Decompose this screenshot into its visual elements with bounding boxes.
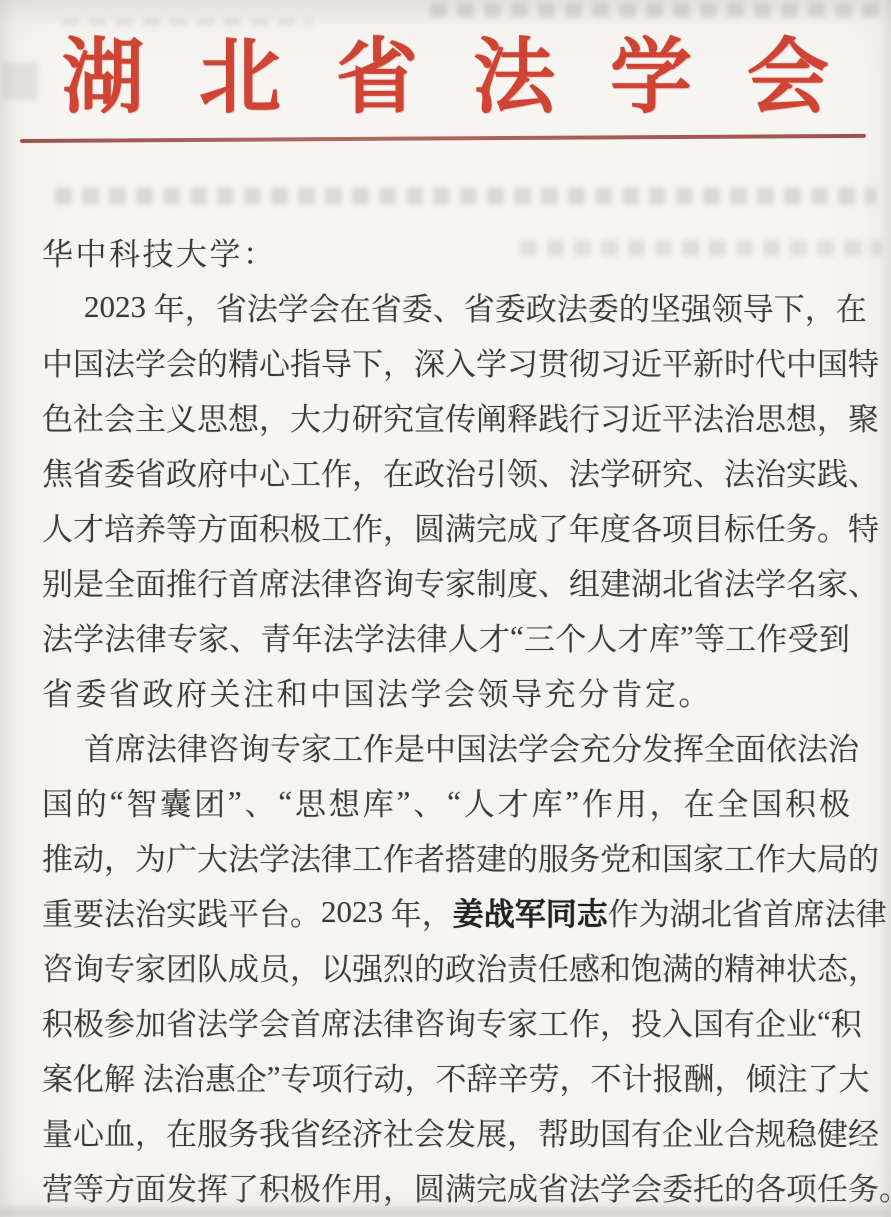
text-char: 湖 [631, 559, 662, 604]
text-char: 在 [383, 449, 414, 494]
text-char: 省 [464, 284, 495, 329]
text-char: 平 [228, 889, 259, 934]
text-char: 极 [290, 504, 321, 549]
body-line: 色社会主义思想，大力研究宣传阐释践行习近平法治思想，聚 [42, 389, 850, 444]
text-char: 家 [445, 559, 476, 604]
text-char: 团 [194, 779, 225, 824]
text-char: 强 [681, 284, 712, 329]
text-char: 全 [717, 779, 748, 824]
text-char: 北 [701, 889, 732, 934]
text-char [146, 289, 154, 325]
text-char: 精 [228, 339, 259, 384]
text-char: 作 [569, 999, 600, 1044]
text-char: 库 [531, 779, 562, 824]
text-char: 导 [743, 284, 774, 329]
text-char: 计 [622, 1054, 653, 1099]
text-char: 法 [146, 724, 177, 769]
text-char: 重 [42, 889, 73, 934]
text-char: 国 [73, 339, 104, 384]
text-char: 大 [197, 834, 228, 879]
text-char: 社 [383, 1109, 414, 1154]
text-char: 会 [104, 394, 135, 439]
text-char [135, 1059, 143, 1095]
text-char: 法 [385, 614, 416, 659]
text-char: 饱 [631, 944, 662, 989]
text-char: 合 [724, 1109, 755, 1154]
text-char: ， [848, 944, 879, 989]
text-char: 入 [445, 339, 476, 384]
text-char: 特 [848, 339, 879, 384]
text-char: 服 [197, 1109, 228, 1154]
text-char: 、 [538, 449, 569, 494]
text-char: 充 [580, 724, 611, 769]
title-character: 省 [336, 30, 418, 126]
text-char: 治 [476, 944, 507, 989]
text-char: 省 [693, 559, 724, 604]
text-char: 的 [507, 834, 538, 879]
text-char: 人 [586, 614, 617, 659]
text-char: 法 [247, 284, 278, 329]
text-char: 工 [332, 724, 363, 769]
text-char: 等 [694, 614, 725, 659]
text-char: 是 [73, 559, 104, 604]
text-char: 法 [797, 724, 828, 769]
text-char: 量 [42, 1109, 73, 1154]
text-char: 个 [555, 614, 586, 659]
text-char: 项 [312, 1054, 343, 1099]
text-char: 3 [368, 894, 384, 930]
text-char: 感 [569, 944, 600, 989]
text-char: 法 [352, 999, 383, 1044]
text-char: 养 [135, 504, 166, 549]
text-char: 目 [693, 504, 724, 549]
text-char: 思 [197, 394, 228, 439]
text-char: 案 [42, 1054, 73, 1099]
text-char: 治 [828, 724, 859, 769]
text-char: 色 [42, 394, 73, 439]
text-char: 时 [724, 339, 755, 384]
text-char: 律 [321, 834, 352, 879]
text-char: 家 [817, 559, 848, 604]
text-char: 等 [166, 504, 197, 549]
text-char: 北 [662, 559, 693, 604]
text-char: 学 [755, 559, 786, 604]
text-char: 劳 [529, 1054, 560, 1099]
text-char: 血 [104, 1109, 135, 1154]
text-char: 法 [42, 614, 73, 659]
text-char: 工 [321, 504, 352, 549]
highlighted-name-char: 志 [577, 889, 608, 934]
body-line: 首席法律咨询专家工作是中国法学会充分发挥全面依法治 [42, 719, 850, 774]
text-char: 咨 [208, 724, 239, 769]
text-char: 投 [631, 999, 662, 1044]
text-char: 法 [569, 449, 600, 494]
text-char: 的 [693, 944, 724, 989]
text-char: 成 [228, 944, 259, 989]
text-char: 治 [445, 449, 476, 494]
text-char: 动 [374, 1054, 405, 1099]
text-char: 囊 [160, 779, 191, 824]
text-char: 不 [436, 1054, 467, 1099]
text-char: 方 [104, 1164, 135, 1209]
text-char: 律 [416, 614, 447, 659]
text-char: 别 [42, 559, 73, 604]
text-char: 积 [831, 999, 862, 1044]
text-char: 下 [774, 284, 805, 329]
text-char: 作 [363, 724, 394, 769]
text-char: 局 [817, 834, 848, 879]
text-char: 、 [433, 284, 464, 329]
text-char: 委 [495, 284, 526, 329]
text-char: 中 [228, 449, 259, 494]
text-char: 省 [290, 1109, 321, 1154]
text-char: 。 [817, 504, 848, 549]
text-char: 极 [819, 779, 850, 824]
body-line: 2023 年，省法学会在省委、省委政法委的坚强领导下，在 [42, 279, 850, 334]
text-char: 2 [321, 894, 337, 930]
text-char: ， [650, 779, 681, 824]
text-char: 度 [507, 559, 538, 604]
text-char: 平 [662, 394, 693, 439]
letter-salutation: 华中科技大学： [42, 224, 850, 279]
text-char: 行 [569, 394, 600, 439]
text-char: 政 [445, 944, 476, 989]
text-char: 等 [73, 1164, 104, 1209]
text-char: 年 [154, 284, 185, 329]
text-char: 询 [445, 999, 476, 1044]
body-line: 案化解 法治惠企”专项行动，不辞辛劳，不计报酬，倾注了大 [42, 1049, 850, 1104]
text-char: 专 [476, 999, 507, 1044]
text-char: 学 [228, 999, 259, 1044]
text-char: 导 [321, 339, 352, 384]
text-char: 法 [724, 449, 755, 494]
letter-body: 华中科技大学： 2023 年，省法学会在省委、省委政法委的坚强领导下，在中国法学… [42, 224, 850, 1214]
text-char: 学 [278, 284, 309, 329]
text-char: 学 [259, 834, 290, 879]
text-char: 行 [343, 1054, 374, 1099]
text-char: 释 [507, 394, 538, 439]
text-char: 全 [104, 559, 135, 604]
text-char: 、 [413, 779, 444, 824]
text-char: 省 [135, 449, 166, 494]
text-char: 焦 [42, 449, 73, 494]
text-char: 下 [352, 339, 383, 384]
text-char: 搭 [445, 834, 476, 879]
text-char: ， [405, 1054, 436, 1099]
text-char: 国 [600, 1109, 631, 1154]
text-char: 企 [662, 1109, 693, 1154]
text-char: 委 [402, 284, 433, 329]
text-char: 想 [786, 394, 817, 439]
text-char: 3 [131, 289, 147, 325]
text-char: ” [397, 784, 411, 820]
text-char: 和 [600, 944, 631, 989]
text-char: 家 [301, 724, 332, 769]
text-char: 年 [569, 504, 600, 549]
text-char: 帮 [538, 1109, 569, 1154]
text-char: 台 [259, 889, 290, 934]
text-char: 领 [712, 284, 743, 329]
text-char: 府 [197, 449, 228, 494]
text-char: 在 [684, 779, 715, 824]
text-char: 中 [425, 724, 456, 769]
text-char: 法 [197, 999, 228, 1044]
text-char: 健 [817, 1109, 848, 1154]
text-char: 会 [309, 284, 340, 329]
text-char: 力 [321, 394, 352, 439]
text-char: 中 [42, 339, 73, 384]
text-char: 要 [73, 889, 104, 934]
text-char: 的 [619, 284, 650, 329]
letter-paragraphs: 2023 年，省法学会在省委、省委政法委的坚强领导下，在中国法学会的精心指导下，… [42, 279, 850, 1214]
text-char: 了 [538, 504, 569, 549]
body-line: 重要法治实践平台。2023 年，姜战军同志作为湖北省首席法律 [42, 884, 850, 939]
text-char: 服 [538, 834, 569, 879]
text-char: 成 [507, 1164, 538, 1209]
text-char: 会 [631, 1164, 662, 1209]
text-char: 治 [135, 889, 166, 934]
text-char: 完 [476, 1164, 507, 1209]
text-char: 行 [197, 559, 228, 604]
text-char: 践 [817, 449, 848, 494]
text-char: 学 [476, 339, 507, 384]
text-char: 发 [445, 1109, 476, 1154]
text-char: 省 [371, 284, 402, 329]
text-char: 受 [788, 614, 819, 659]
text-char: 思 [295, 779, 326, 824]
text-char: 心 [73, 1109, 104, 1154]
text-char: 才 [498, 779, 529, 824]
text-char: 会 [259, 999, 290, 1044]
text-char: ， [715, 1054, 746, 1099]
text-char: 国 [456, 724, 487, 769]
text-char: 实 [166, 889, 197, 934]
text-char: 神 [755, 944, 786, 989]
text-char: 惠 [205, 1054, 236, 1099]
text-char: 任 [817, 1164, 848, 1209]
text-char: 才 [479, 614, 510, 659]
text-char: 律 [383, 999, 414, 1044]
paragraph: 首席法律咨询专家工作是中国法学会充分发挥全面依法治国的“智囊团”、“思想库”、“… [42, 719, 850, 1214]
text-char: 平 [662, 339, 693, 384]
text-char: 面 [135, 559, 166, 604]
text-char: 不 [591, 1054, 622, 1099]
text-char: 询 [73, 944, 104, 989]
text-char: 0 [100, 289, 116, 325]
text-char: 首 [763, 889, 794, 934]
text-char: 彻 [569, 339, 600, 384]
text-char: 人 [448, 614, 479, 659]
text-char: 圆 [414, 1164, 445, 1209]
text-char: ， [185, 284, 216, 329]
text-char: 首 [290, 999, 321, 1044]
text-char: ， [600, 999, 631, 1044]
text-char: 家 [507, 999, 538, 1044]
body-line: 积极参加省法学会首席法律咨询专家工作，投入国有企业“积 [42, 994, 850, 1049]
text-char: 席 [321, 999, 352, 1044]
text-char: 挥 [197, 1164, 228, 1209]
text-char: ， [422, 889, 453, 934]
text-char: 在 [836, 284, 867, 329]
text-char: 传 [445, 394, 476, 439]
title-character: 法 [473, 30, 555, 126]
text-char: 大 [839, 1054, 870, 1099]
scanned-letter-page: 湖北省法学会 华中科技大学： 2023 年，省法学会在省委、省委政法委的坚强领导… [0, 0, 891, 1217]
text-char: 三 [524, 614, 555, 659]
text-char: 是 [394, 724, 425, 769]
text-char: 学 [600, 1164, 631, 1209]
body-line: 咨询专家团队成员，以强烈的政治责任感和饱满的精神状态， [42, 939, 850, 994]
text-char: 法 [104, 889, 135, 934]
text-char: 企 [755, 999, 786, 1044]
highlighted-name-char: 同 [546, 889, 577, 934]
text-char: 践 [538, 394, 569, 439]
text-char: 年 [391, 889, 422, 934]
text-char: 化 [73, 1054, 104, 1099]
body-line: 焦省委省政府中心工作，在政治引领、法学研究、法治实践、 [42, 444, 850, 499]
text-char: 才 [618, 614, 649, 659]
text-char: 国 [693, 999, 724, 1044]
text-char: 专 [270, 724, 301, 769]
text-char: 圆 [414, 504, 445, 549]
text-char: 满 [445, 1164, 476, 1209]
text-char: 法 [724, 559, 755, 604]
text-char: 阐 [476, 394, 507, 439]
text-char: 各 [755, 1164, 786, 1209]
text-char: 省 [732, 889, 763, 934]
text-char: “ [278, 784, 292, 820]
text-char: 责 [507, 944, 538, 989]
bleed-through-artifact [430, 3, 882, 17]
paragraph: 2023 年，省法学会在省委、省委政法委的坚强领导下，在中国法学会的精心指导下，… [42, 279, 850, 719]
text-char: 首 [228, 559, 259, 604]
text-char: 的 [414, 944, 445, 989]
text-char: 动 [73, 834, 104, 879]
text-char: ， [560, 1054, 591, 1099]
text-char: 发 [642, 724, 673, 769]
text-char: 青 [260, 614, 291, 659]
text-char: 倾 [746, 1054, 777, 1099]
text-char: ， [259, 394, 290, 439]
text-char: 人 [464, 779, 495, 824]
text-char: ， [383, 1164, 414, 1209]
text-char: 0 [337, 894, 353, 930]
text-char: 家 [135, 944, 166, 989]
text-char: 政 [526, 284, 557, 329]
text-char: 在 [340, 284, 371, 329]
text-char: 深 [414, 339, 445, 384]
bleed-through-artifact [2, 62, 38, 100]
text-char: ” [680, 619, 694, 655]
text-char: 学 [73, 614, 104, 659]
text-char: 省 [538, 1164, 569, 1209]
text-char: 、 [693, 449, 724, 494]
text-char: 询 [239, 724, 270, 769]
text-char: 挥 [673, 724, 704, 769]
text-char: 新 [693, 339, 724, 384]
text-char: 智 [126, 779, 157, 824]
text-char: ” [228, 784, 242, 820]
text-char: 咨 [414, 999, 445, 1044]
text-char: 态 [817, 944, 848, 989]
text-char: 和 [631, 834, 662, 879]
text-char: 全 [704, 724, 735, 769]
text-char: 方 [197, 504, 228, 549]
text-char: 学 [135, 339, 166, 384]
text-char: ， [104, 834, 135, 879]
text-char: 的 [76, 779, 107, 824]
text-char: 首 [84, 724, 115, 769]
text-char: 。 [879, 1164, 891, 1209]
text-char: 积 [42, 999, 73, 1044]
text-char: 务 [228, 1109, 259, 1154]
text-char: 聚 [848, 394, 879, 439]
text-char: 省 [166, 999, 197, 1044]
body-line: 中国法学会的精心指导下，深入学习贯彻习近平新时代中国特 [42, 334, 850, 389]
text-char: 各 [631, 504, 662, 549]
text-char: 工 [290, 449, 321, 494]
text-char: 度 [600, 504, 631, 549]
text-char: 解 [104, 1054, 135, 1099]
text-char: 义 [166, 394, 197, 439]
text-char: 法 [323, 614, 354, 659]
text-char: 学 [518, 724, 549, 769]
text-char: 极 [73, 999, 104, 1044]
text-char: 法 [104, 614, 135, 659]
text-char: 法 [290, 834, 321, 879]
text-char: 稳 [786, 1109, 817, 1154]
text-char: 有 [631, 1109, 662, 1154]
text-char: ， [352, 449, 383, 494]
text-char: 研 [352, 394, 383, 439]
text-char: 了 [808, 1054, 839, 1099]
text-char: 专 [281, 1054, 312, 1099]
text-char: 、 [848, 449, 879, 494]
letterhead-title: 湖北省法学会 [62, 30, 829, 126]
text-char: “ [447, 784, 461, 820]
text-char: ” [267, 1059, 281, 1095]
text-char: 工 [725, 614, 756, 659]
text-char: “ [110, 784, 124, 820]
text-char: 组 [569, 559, 600, 604]
text-char: 务 [786, 504, 817, 549]
text-char: 律 [136, 614, 167, 659]
highlighted-name-char: 姜 [453, 889, 484, 934]
letterhead-divider-rule [20, 134, 866, 143]
body-line: 营等方面发挥了积极作用，圆满完成省法学会委托的各项任务。 [42, 1159, 850, 1214]
text-char: 的 [724, 1164, 755, 1209]
text-char: 咨 [42, 944, 73, 989]
text-char: 经 [848, 1109, 879, 1154]
text-char: 任 [538, 944, 569, 989]
text-char: 企 [236, 1054, 267, 1099]
text-char: 满 [445, 504, 476, 549]
highlighted-name-char: 战 [484, 889, 515, 934]
text-char: 发 [166, 1164, 197, 1209]
text-char: 积 [785, 779, 816, 824]
text-char: 法 [290, 559, 321, 604]
text-char: 治 [174, 1054, 205, 1099]
text-char: 的 [197, 339, 228, 384]
text-char: 建 [600, 559, 631, 604]
title-character: 学 [610, 30, 692, 126]
text-char: 托 [693, 1164, 724, 1209]
text-char: ， [383, 339, 414, 384]
text-char: 极 [290, 1164, 321, 1209]
text-char: “ [510, 619, 524, 655]
text-char: 政 [166, 449, 197, 494]
text-char: 用 [352, 1164, 383, 1209]
